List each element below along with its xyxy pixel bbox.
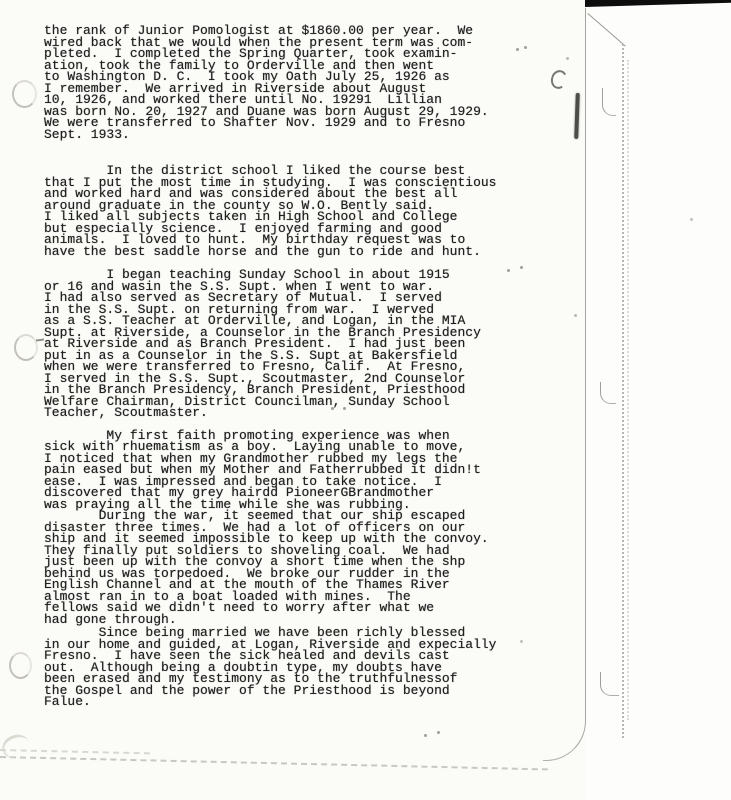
typewritten-text: the rank of Junior Pomologist at $1860.0… bbox=[44, 25, 544, 708]
paragraph: During the war, it seemed that our ship … bbox=[44, 510, 544, 625]
scan-speck bbox=[690, 218, 693, 221]
paragraph: My first faith promoting experience was … bbox=[44, 430, 544, 511]
ink-streak bbox=[574, 93, 580, 139]
scan-speck bbox=[331, 407, 334, 410]
sheet-edge-line bbox=[585, 8, 586, 720]
binder-hole-mark bbox=[602, 88, 616, 116]
scan-speck bbox=[507, 269, 510, 272]
paragraph: the rank of Junior Pomologist at $1860.0… bbox=[44, 25, 544, 140]
sheet-corner-curve bbox=[543, 718, 586, 761]
paragraph: In the district school I liked the cours… bbox=[44, 165, 544, 257]
binder-hole-mark bbox=[600, 672, 619, 696]
scan-speck bbox=[437, 731, 440, 734]
scan-speck bbox=[343, 407, 346, 410]
perforated-edge-shadow bbox=[627, 60, 629, 720]
scan-speck bbox=[516, 48, 519, 51]
punch-hole-mark bbox=[14, 334, 38, 361]
scan-speck bbox=[424, 734, 427, 737]
binder-hole-mark bbox=[600, 382, 616, 404]
scan-speck bbox=[574, 314, 577, 317]
paragraph: I began teaching Sunday School in about … bbox=[44, 269, 544, 419]
scan-speck bbox=[520, 640, 523, 643]
scanned-document: the rank of Junior Pomologist at $1860.0… bbox=[0, 0, 731, 800]
perforated-edge bbox=[622, 44, 624, 738]
paragraph: Since being married we have been richly … bbox=[44, 627, 544, 708]
punch-hole-mark bbox=[9, 652, 32, 679]
scan-mark bbox=[36, 338, 44, 341]
pencil-c-mark bbox=[549, 68, 569, 90]
punch-hole-mark bbox=[12, 80, 37, 108]
scan-speck bbox=[524, 46, 527, 49]
scan-speck bbox=[566, 57, 569, 60]
scan-speck bbox=[520, 266, 523, 269]
page-bottom-edge-dashes bbox=[0, 756, 548, 770]
